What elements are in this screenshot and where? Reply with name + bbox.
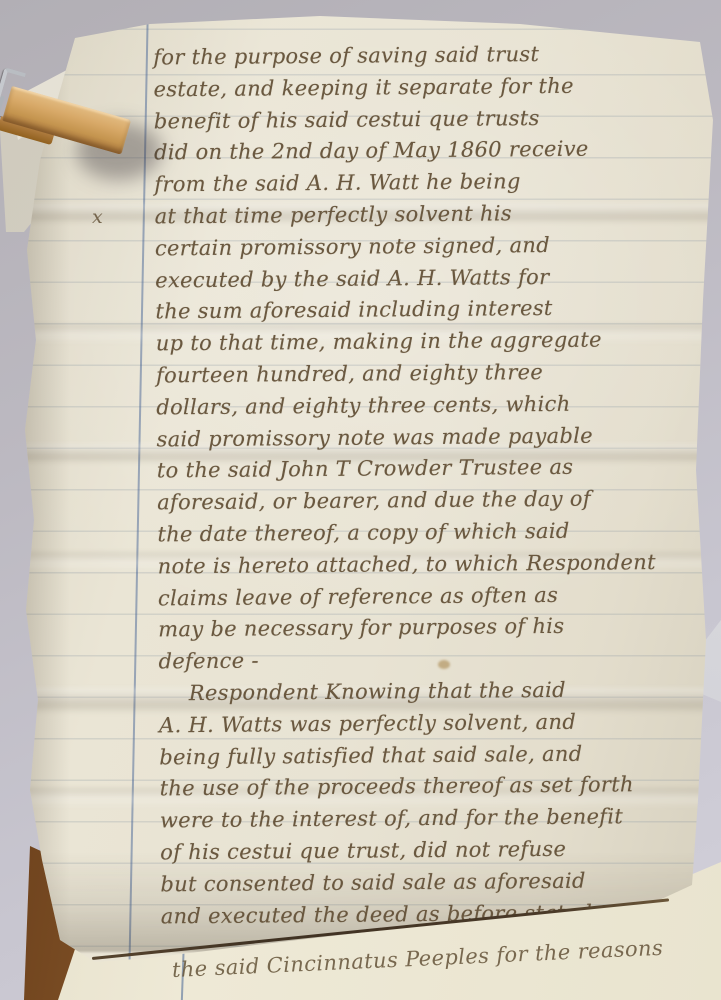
handwritten-line: certain promissory note signed, and	[155, 228, 707, 265]
handwritten-line: estate, and keeping it separate for the	[153, 69, 705, 106]
handwritten-line: from the said A. H. Watt he being	[154, 165, 706, 202]
handwritten-line: dollars, and eighty three cents, which	[156, 387, 708, 424]
handwritten-line: being fully satisfied that said sale, an…	[159, 737, 711, 774]
handwritten-line: note is hereto attached, to which Respon…	[158, 546, 710, 583]
handwritten-line: up to that time, making in the aggregate	[156, 324, 708, 361]
handwritten-line: may be necessary for purposes of his	[158, 610, 710, 647]
handwritten-line: the date thereof, a copy of which said	[157, 515, 709, 552]
clothespin-upper-arm	[2, 86, 131, 155]
handwritten-line: the use of the proceeds thereof as set f…	[160, 769, 712, 806]
photo-of-manuscript: the said Cincinnatus Peeples for the rea…	[0, 0, 721, 1000]
handwritten-line: A. H. Watts was perfectly solvent, and	[159, 705, 711, 742]
handwritten-line: executed by the said A. H. Watts for	[155, 260, 707, 297]
handwritten-line: of his cestui que trust, did not refuse	[160, 833, 712, 870]
handwritten-line: the sum aforesaid including interest	[155, 292, 707, 329]
handwritten-line: defence -	[158, 642, 710, 679]
handwritten-line: for the purpose of saving said trust	[153, 38, 705, 75]
handwritten-line: at that time perfectly solvent his	[155, 197, 707, 234]
handwritten-line: aforesaid, or bearer, and due the day of	[157, 483, 709, 520]
handwritten-line: Respondent Knowing that the said	[159, 674, 711, 711]
handwritten-line: claims leave of reference as often as	[158, 578, 710, 615]
handwritten-line: fourteen hundred, and eighty three	[156, 356, 708, 393]
handwritten-line: did on the 2nd day of May 1860 receive	[154, 133, 706, 170]
handwritten-line: said promissory note was made payable	[156, 419, 708, 456]
handwritten-line: but consented to said sale as aforesaid	[160, 864, 712, 901]
handwritten-line: to the said John T Crowder Trustee as	[157, 451, 709, 488]
handwritten-line: were to the interest of, and for the ben…	[160, 801, 712, 838]
handwritten-line: benefit of his said cestui que trusts	[154, 101, 706, 138]
handwritten-text-block: for the purpose of saving said trustesta…	[153, 38, 713, 933]
margin-x-mark: x	[92, 206, 103, 228]
